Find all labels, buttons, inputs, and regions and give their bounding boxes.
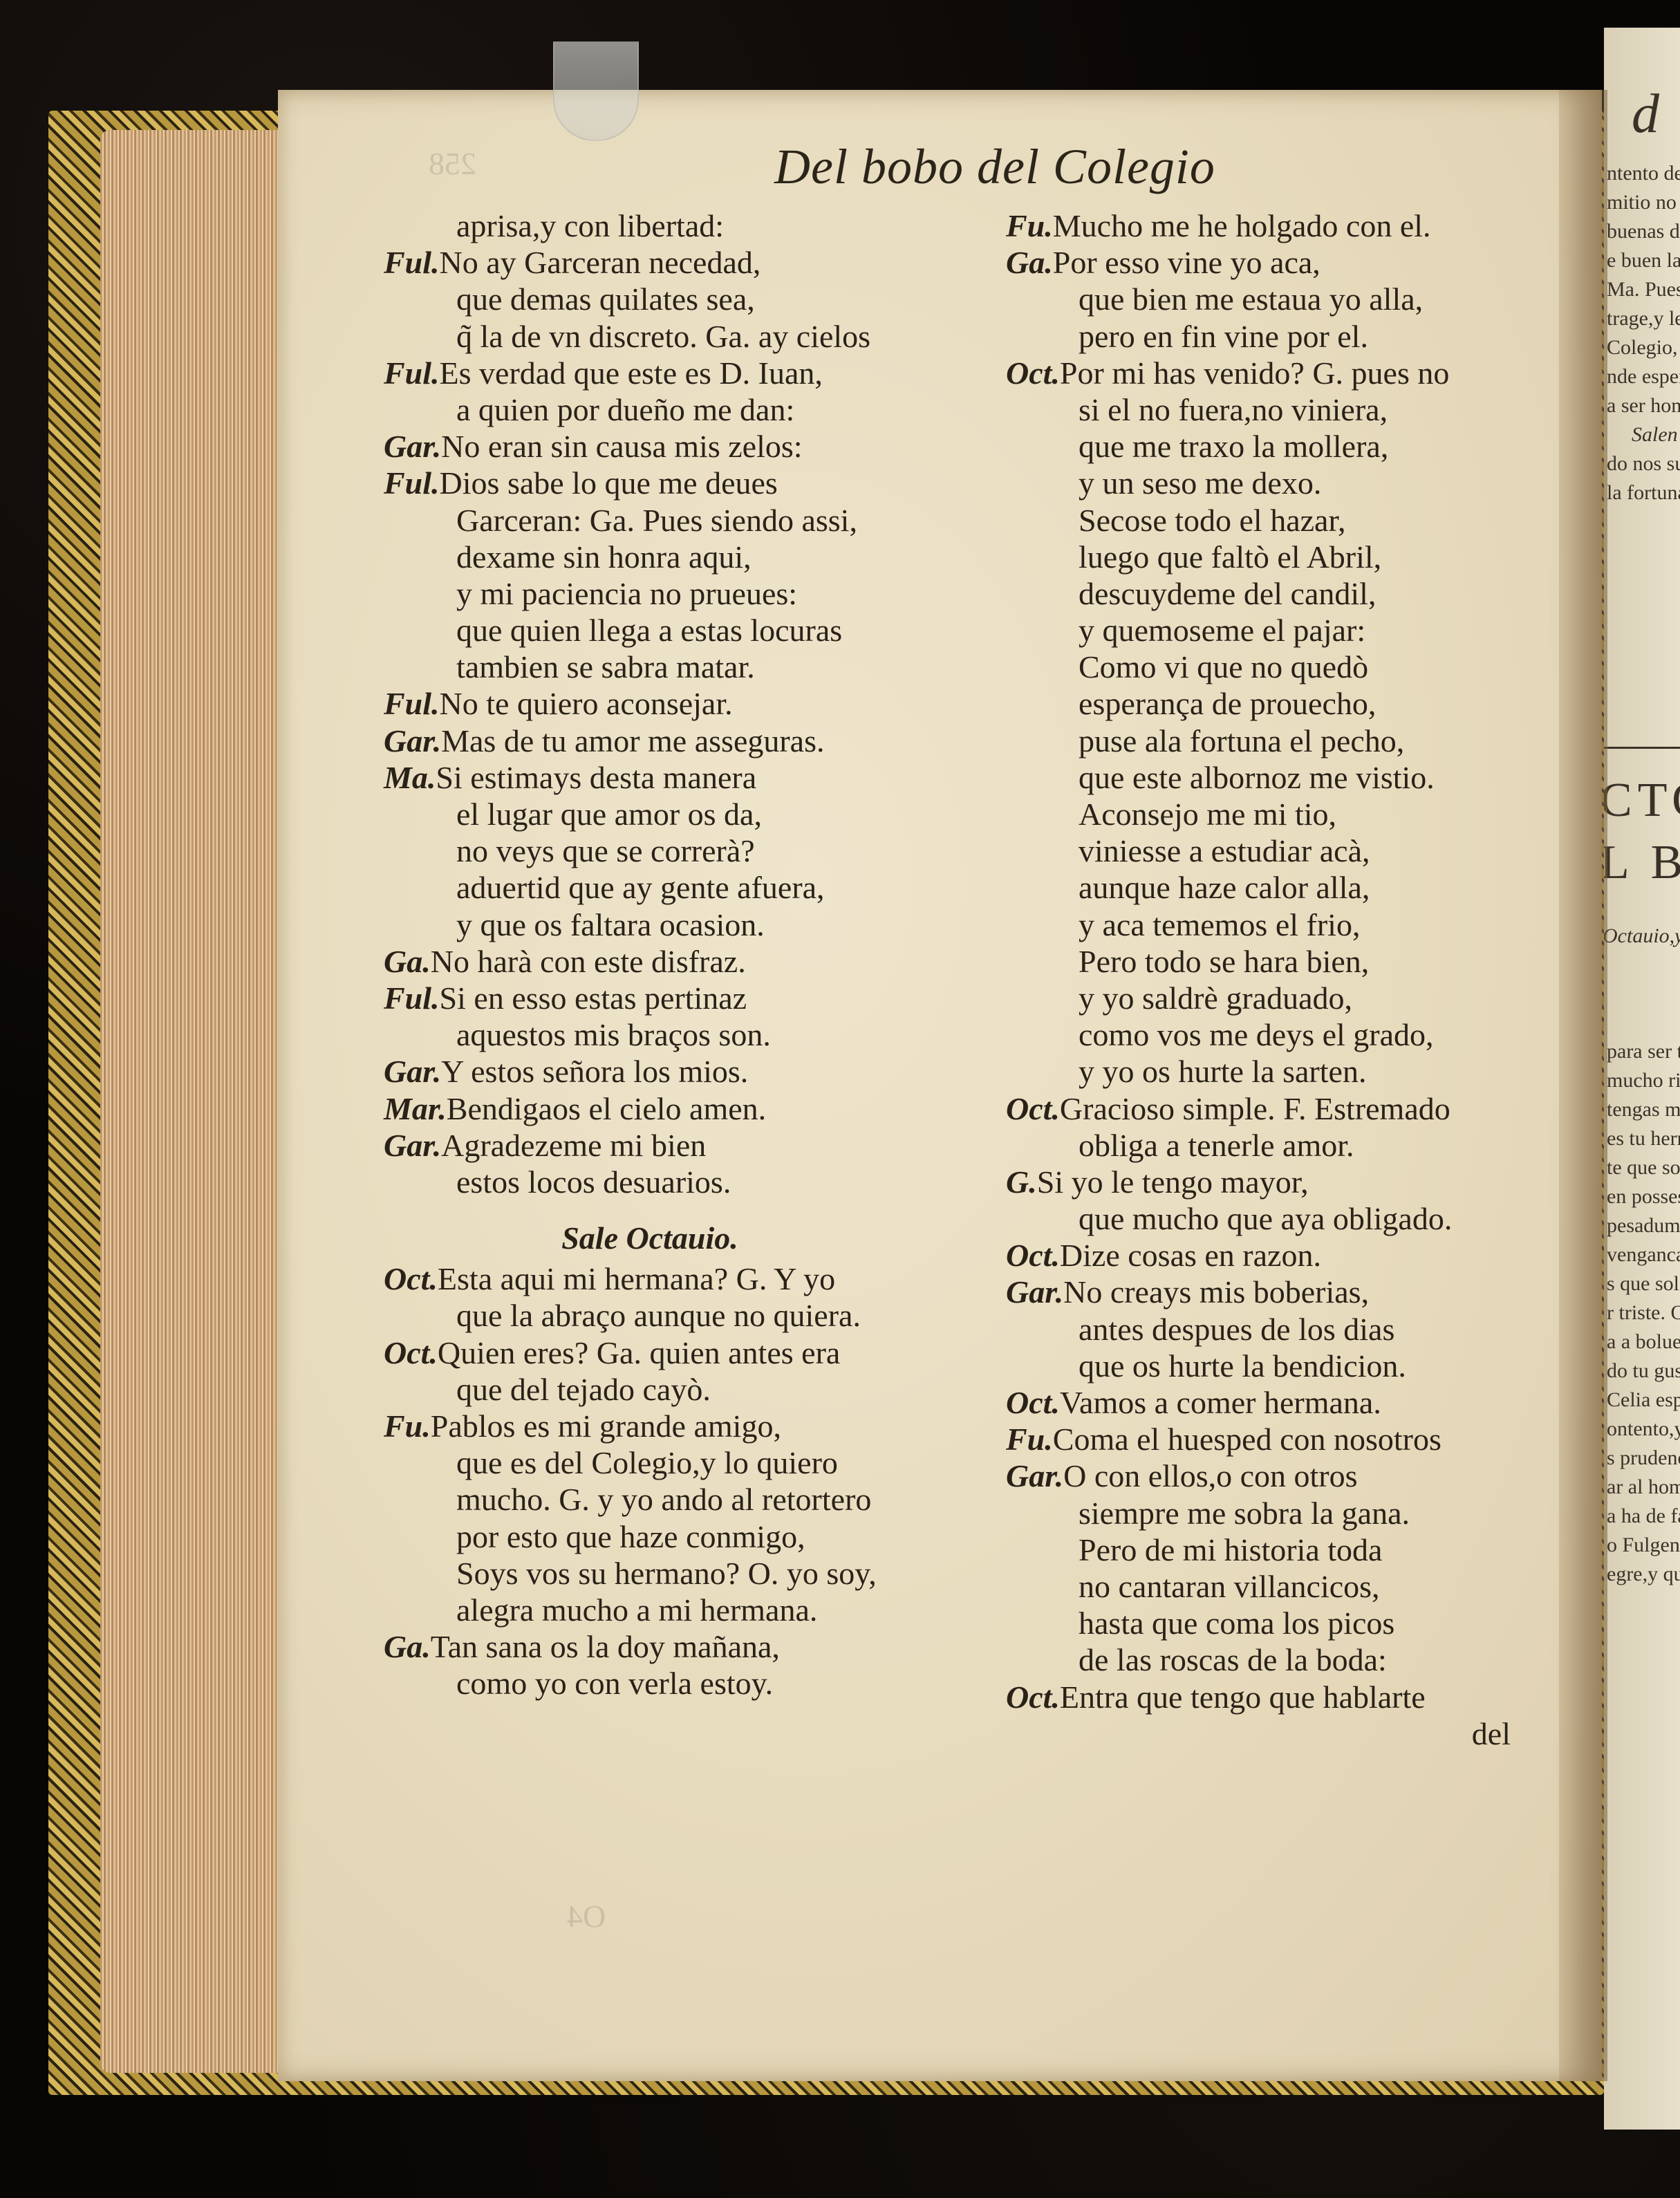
act-title-line-2: L BO <box>1604 832 1680 894</box>
verse-text: Pero de mi historia toda <box>1079 1532 1382 1567</box>
verse-line: Ga.Por esso vine yo aca, <box>1006 244 1559 281</box>
verse-text: mucho. G. y yo ando al retortero <box>456 1482 871 1517</box>
verse-line: pero en fin vine por el. <box>1006 318 1559 355</box>
facing-page-line: s prudencia <box>1604 1444 1680 1473</box>
verse-text: puse ala fortuna el pecho, <box>1079 723 1404 758</box>
right-text-column: Fu.Mucho me he holgado con el.Ga.Por ess… <box>1006 207 1559 1752</box>
verse-line: aquestos mis braços son. <box>384 1016 985 1053</box>
verse-text: Bendigaos el cielo amen. <box>447 1091 766 1126</box>
verse-text: tambien se sabra matar. <box>456 649 755 684</box>
verse-text: Pablos es mi grande amigo, <box>431 1408 781 1444</box>
verse-line: si el no fuera,no viniera, <box>1006 391 1559 428</box>
facing-page-act-title: CTO L BO Octauio,y C <box>1604 747 1680 951</box>
verse-line: y un seso me dexo. <box>1006 465 1559 501</box>
verse-text: Mas de tu amor me asseguras. <box>441 723 824 758</box>
verse-text: aunque haze calor alla, <box>1079 870 1370 905</box>
verse-line: Oct.Esta aqui mi hermana? G. Y yo <box>384 1260 985 1297</box>
facing-page-line: a ser hombre <box>1604 391 1680 420</box>
speaker-label: Ga. <box>384 944 431 979</box>
speaker-label: Oct. <box>1006 1238 1060 1273</box>
facing-page-line: buenas dich <box>1604 217 1680 246</box>
page-fore-edge <box>100 130 280 2073</box>
verse-text: alegra mucho a mi hermana. <box>456 1592 817 1628</box>
speaker-label: Ga. <box>384 1629 431 1664</box>
verse-text: Si estimays desta manera <box>436 760 756 795</box>
verse-text: que me traxo la mollera, <box>1079 429 1388 464</box>
verse-line: Oct.Entra que tengo que hablarte <box>1006 1679 1559 1715</box>
verse-text: de las roscas de la boda: <box>1079 1642 1387 1677</box>
verse-text: que es del Colegio,y lo quiero <box>456 1445 838 1480</box>
facing-page-line: venganca e <box>1604 1240 1680 1269</box>
verse-line: tambien se sabra matar. <box>384 649 985 685</box>
facing-page-line: ntento de do <box>1604 159 1680 188</box>
verse-text: estos locos desuarios. <box>456 1164 731 1200</box>
speaker-label: Oct. <box>1006 1091 1060 1126</box>
verse-line: Fu.Pablos es mi grande amigo, <box>384 1408 985 1444</box>
speaker-label: Gar. <box>384 1128 441 1163</box>
speaker-label: Gar. <box>384 723 441 758</box>
verse-line: Gar.Agradezeme mi bien <box>384 1127 985 1164</box>
facing-page-line: a a boluerm <box>1604 1328 1680 1357</box>
speaker-label: Ga. <box>1006 245 1053 280</box>
verse-line: a quien por dueño me dan: <box>384 391 985 428</box>
verse-line: hasta que coma los picos <box>1006 1605 1559 1641</box>
verse-line: Ful.Si en esso estas pertinaz <box>384 980 985 1016</box>
verse-line: como yo con verla estoy. <box>384 1665 985 1702</box>
verse-line: y yo os hurte la sarten. <box>1006 1053 1559 1090</box>
verse-text: y yo os hurte la sarten. <box>1079 1054 1366 1089</box>
verse-text: Mucho me he holgado con el. <box>1053 208 1431 243</box>
speaker-label: G. <box>1006 1164 1037 1200</box>
verse-text: que os hurte la bendicion. <box>1079 1348 1406 1384</box>
facing-page-line: do tu gusto <box>1604 1357 1680 1386</box>
verse-line: aprisa,y con libertad: <box>384 207 985 244</box>
verse-text: No ay Garceran necedad, <box>440 245 761 280</box>
verse-text: Esta aqui mi hermana? G. Y yo <box>438 1261 835 1296</box>
facing-page-line: e buen labr <box>1604 246 1680 275</box>
verse-text: por esto que haze conmigo, <box>456 1519 805 1554</box>
verse-line: Oct.Vamos a comer hermana. <box>1006 1384 1559 1421</box>
verse-line: el lugar que amor os da, <box>384 796 985 832</box>
verse-line: y quemoseme el pajar: <box>1006 612 1559 649</box>
verse-text: y que os faltara ocasion. <box>456 907 765 942</box>
facing-page-line: tengas mas <box>1604 1095 1680 1124</box>
speaker-label: Ful. <box>384 355 440 391</box>
verse-text: que quien llega a estas locuras <box>456 613 842 648</box>
verse-line: que la abraço aunque no quiera. <box>384 1297 985 1334</box>
verse-text: obliga a tenerle amor. <box>1079 1128 1354 1163</box>
verse-line: puse ala fortuna el pecho, <box>1006 723 1559 759</box>
page-holder-clip <box>553 41 639 141</box>
verse-text: Gracioso simple. F. Estremado <box>1060 1091 1450 1126</box>
facing-page-line: mucho rigo <box>1604 1066 1680 1095</box>
verse-line: Fu.Mucho me he holgado con el. <box>1006 207 1559 244</box>
verse-text: Es verdad que este es D. Iuan, <box>440 355 823 391</box>
verse-text: viniesse a estudiar acà, <box>1079 833 1370 868</box>
facing-page-line: Ma. Pues no <box>1604 275 1680 304</box>
verse-text: que este albornoz me vistio. <box>1079 760 1435 795</box>
verse-text: Si yo le tengo mayor, <box>1037 1164 1309 1200</box>
verse-text: luego que faltò el Abril, <box>1079 539 1381 575</box>
verse-line: Gar.O con ellos,o con otros <box>1006 1457 1559 1494</box>
verse-text: siempre me sobra la gana. <box>1079 1496 1410 1531</box>
stage-direction: Sale Octauio. <box>384 1220 985 1256</box>
verse-text: y mi paciencia no prueues: <box>456 576 797 611</box>
verse-line: esperança de prouecho, <box>1006 685 1559 722</box>
verse-line: siempre me sobra la gana. <box>1006 1495 1559 1531</box>
verse-line: Fu.Coma el huesped con nosotros <box>1006 1421 1559 1457</box>
verse-line: Ga.No harà con este disfraz. <box>384 943 985 980</box>
verse-text: Como vi que no quedò <box>1079 649 1368 684</box>
verse-text: Garceran: Ga. Pues siendo assi, <box>456 503 857 538</box>
verse-line: alegra mucho a mi hermana. <box>384 1592 985 1628</box>
verse-line: que bien me estaua yo alla, <box>1006 281 1559 317</box>
verse-text: y yo saldrè graduado, <box>1079 980 1352 1016</box>
verse-line: Oct.Por mi has venido? G. pues no <box>1006 355 1559 391</box>
verse-line: Aconsejo me mi tio, <box>1006 796 1559 832</box>
verse-line: que este albornoz me vistio. <box>1006 759 1559 796</box>
verse-text: q̃ la de vn discreto. Ga. ay cielos <box>456 319 870 354</box>
verse-line: aunque haze calor alla, <box>1006 869 1559 906</box>
speaker-label: Fu. <box>1006 208 1053 243</box>
speaker-label: Ful. <box>384 686 440 721</box>
facing-page-line: trage,y le assi <box>1604 304 1680 333</box>
verse-text: el lugar que amor os da, <box>456 797 762 832</box>
facing-page-line: ar al hombr <box>1604 1473 1680 1502</box>
verse-text: no cantaran villancicos, <box>1079 1569 1380 1604</box>
verse-line: dexame sin honra aqui, <box>384 539 985 575</box>
facing-page-head: d <box>1632 83 1659 146</box>
verse-line: Soys vos su hermano? O. yo soy, <box>384 1555 985 1592</box>
speaker-label: Ful. <box>384 980 440 1016</box>
speaker-label: Gar. <box>1006 1458 1063 1493</box>
verse-text: aquestos mis braços son. <box>456 1017 771 1052</box>
verse-text: Entra que tengo que hablarte <box>1060 1679 1426 1715</box>
verse-text: esperança de prouecho, <box>1079 686 1376 721</box>
verse-line: antes despues de los dias <box>1006 1311 1559 1348</box>
verse-text: que del tejado cayò. <box>456 1372 711 1407</box>
verse-line: Garceran: Ga. Pues siendo assi, <box>384 502 985 539</box>
verse-text: Secose todo el hazar, <box>1079 503 1345 538</box>
verse-text: No eran sin causa mis zelos: <box>441 429 802 464</box>
verse-text: Quien eres? Ga. quien antes era <box>438 1335 840 1370</box>
verse-text: como vos me deys el grado, <box>1079 1017 1434 1052</box>
verse-text: Vamos a comer hermana. <box>1060 1385 1381 1420</box>
verse-text: Por mi has venido? G. pues no <box>1060 355 1449 391</box>
verse-text: O con ellos,o con otros <box>1063 1458 1357 1493</box>
verse-text: Por esso vine yo aca, <box>1053 245 1320 280</box>
facing-page-line: para ser tu <box>1604 1037 1680 1066</box>
facing-page-line: Colegio, seño <box>1604 333 1680 362</box>
speaker-label: Oct. <box>1006 1385 1060 1420</box>
verse-text: aduertid que ay gente afuera, <box>456 870 825 905</box>
speaker-label: Oct. <box>1006 355 1060 391</box>
verse-text: Tan sana os la doy mañana, <box>431 1629 780 1664</box>
verse-line: Oct.Dize cosas en razon. <box>1006 1237 1559 1274</box>
act-title-line-1: CTO <box>1604 770 1680 832</box>
verse-text: No creays mis boberias, <box>1063 1274 1369 1310</box>
left-text-column: aprisa,y con libertad:Ful.No ay Garceran… <box>384 207 985 1702</box>
verse-text: Dios sabe lo que me deues <box>440 465 778 501</box>
facing-page-line: egre,y quar <box>1604 1560 1680 1589</box>
facing-page-lines-bottom: para ser tumucho rigotengas mases tu her… <box>1604 1037 1680 1589</box>
verse-line: Pero de mi historia toda <box>1006 1531 1559 1568</box>
verse-line: Ful.Dios sabe lo que me deues <box>384 465 985 501</box>
verse-line: Ga.Tan sana os la doy mañana, <box>384 1628 985 1665</box>
speaker-label: Gar. <box>384 429 441 464</box>
verse-line: que quien llega a estas locuras <box>384 612 985 649</box>
verse-line: de las roscas de la boda: <box>1006 1641 1559 1678</box>
speaker-label: Ful. <box>384 465 440 501</box>
speaker-label: Oct. <box>384 1261 438 1296</box>
verse-line: estos locos desuarios. <box>384 1164 985 1200</box>
speaker-label: Ma. <box>384 760 436 795</box>
verse-line: y yo saldrè graduado, <box>1006 980 1559 1016</box>
verse-text: que bien me estaua yo alla, <box>1079 281 1423 317</box>
speaker-label: Gar. <box>1006 1274 1063 1310</box>
verse-text: Si en esso estas pertinaz <box>440 980 747 1016</box>
verse-text: y quemoseme el pajar: <box>1079 613 1365 648</box>
verse-line: que demas quilates sea, <box>384 281 985 317</box>
verse-line: y aca tememos el frio, <box>1006 906 1559 943</box>
rule-divider <box>1604 747 1680 749</box>
facing-page-line: a ha de falta <box>1604 1502 1680 1531</box>
verse-line: Como vi que no quedò <box>1006 649 1559 685</box>
verse-line: Gar.Y estos señora los mios. <box>384 1053 985 1090</box>
verse-line: y mi paciencia no prueues: <box>384 575 985 612</box>
verse-line: aduertid que ay gente afuera, <box>384 869 985 906</box>
facing-page-line: o Fulgenc <box>1604 1531 1680 1560</box>
verse-line: como vos me deys el grado, <box>1006 1016 1559 1053</box>
verse-line: Oct.Quien eres? Ga. quien antes era <box>384 1334 985 1371</box>
show-through-signature: O4 <box>567 1898 606 1935</box>
verse-line: Ful.No ay Garceran necedad, <box>384 244 985 281</box>
verse-line: por esto que haze conmigo, <box>384 1518 985 1555</box>
facing-page-line: la fortuna te l <box>1604 478 1680 507</box>
verse-line: Ful.Es verdad que este es D. Iuan, <box>384 355 985 391</box>
verse-line: mucho. G. y yo ando al retortero <box>384 1481 985 1518</box>
speaker-label: Mar. <box>384 1091 447 1126</box>
facing-page-line: s que solo te <box>1604 1269 1680 1298</box>
verse-line: q̃ la de vn discreto. Ga. ay cielos <box>384 318 985 355</box>
verse-text: antes despues de los dias <box>1079 1312 1394 1347</box>
verse-text: y un seso me dexo. <box>1079 465 1321 501</box>
verse-text: Coma el huesped con nosotros <box>1053 1422 1441 1457</box>
page-gutter-shadow <box>1559 90 1607 2081</box>
verse-line: que es del Colegio,y lo quiero <box>384 1444 985 1481</box>
speaker-label: Fu. <box>1006 1422 1053 1457</box>
verse-text: y aca tememos el frio, <box>1079 907 1360 942</box>
verse-text: si el no fuera,no viniera, <box>1079 392 1388 427</box>
verse-line: Ful.No te quiero aconsejar. <box>384 685 985 722</box>
verse-text: hasta que coma los picos <box>1079 1605 1394 1641</box>
verse-text: No harà con este disfraz. <box>431 944 746 979</box>
verse-text: como yo con verla estoy. <box>456 1666 773 1701</box>
facing-page-line: do nos suced <box>1604 449 1680 478</box>
verse-line: Gar.Mas de tu amor me asseguras. <box>384 723 985 759</box>
facing-page-lines-top: ntento de domitio no dabuenas diche buen… <box>1604 159 1680 507</box>
verse-line: que del tejado cayò. <box>384 1371 985 1408</box>
facing-page-line: mitio no da <box>1604 188 1680 217</box>
facing-page-line: Celia esp <box>1604 1386 1680 1415</box>
show-through-page-number: 258 <box>429 145 476 182</box>
facing-page-line: pesadumbre t <box>1604 1211 1680 1240</box>
verse-line: Mar.Bendigaos el cielo amen. <box>384 1090 985 1127</box>
facing-page-line: en possessio <box>1604 1182 1680 1211</box>
verse-line: Oct.Gracioso simple. F. Estremado <box>1006 1090 1559 1127</box>
facing-page-line: ontento,y p <box>1604 1415 1680 1444</box>
verse-line: viniesse a estudiar acà, <box>1006 832 1559 869</box>
verse-text: aprisa,y con libertad: <box>456 208 724 243</box>
verse-text: No te quiero aconsejar. <box>440 686 733 721</box>
verse-text: que mucho que aya obligado. <box>1079 1201 1452 1236</box>
facing-page-line: es tu herm <box>1604 1124 1680 1153</box>
speaker-label: Gar. <box>384 1054 441 1089</box>
verse-text: que demas quilates sea, <box>456 281 755 317</box>
verse-text: no veys que se correrà? <box>456 833 755 868</box>
verse-line: y que os faltara ocasion. <box>384 906 985 943</box>
facing-page-line: te que soy n <box>1604 1153 1680 1182</box>
speaker-label: Oct. <box>1006 1679 1060 1715</box>
verse-line: Gar.No creays mis boberias, <box>1006 1274 1559 1310</box>
verse-line: Ma.Si estimays desta manera <box>384 759 985 796</box>
verse-line: descuydeme del candil, <box>1006 575 1559 612</box>
facing-page-fragment: d ntento de domitio no dabuenas diche bu… <box>1604 28 1680 2130</box>
verse-text: Agradezeme mi bien <box>441 1128 706 1163</box>
verse-text: dexame sin honra aqui, <box>456 539 752 575</box>
verse-text: descuydeme del candil, <box>1079 576 1376 611</box>
facing-page-line: r triste. Oct <box>1604 1298 1680 1328</box>
verse-line: obliga a tenerle amor. <box>1006 1127 1559 1164</box>
verse-text: que la abraço aunque no quiera. <box>456 1298 861 1333</box>
verse-line: Pero todo se hara bien, <box>1006 943 1559 980</box>
speaker-label: Fu. <box>384 1408 431 1444</box>
act-stage-direction: Octauio,y C <box>1604 922 1680 951</box>
running-head: Del bobo del Colegio <box>774 138 1215 196</box>
verse-line: luego que faltò el Abril, <box>1006 539 1559 575</box>
verse-line: Secose todo el hazar, <box>1006 502 1559 539</box>
verse-line: que mucho que aya obligado. <box>1006 1200 1559 1237</box>
verse-text: Dize cosas en razon. <box>1060 1238 1321 1273</box>
verse-text: Y estos señora los mios. <box>441 1054 748 1089</box>
facing-page-line: nde espero q <box>1604 362 1680 391</box>
verse-line: que os hurte la bendicion. <box>1006 1348 1559 1384</box>
facing-page-stage: Salen los <box>1604 420 1680 449</box>
speaker-label: Ful. <box>384 245 440 280</box>
verse-text: Aconsejo me mi tio, <box>1079 797 1336 832</box>
verse-text: a quien por dueño me dan: <box>456 392 794 427</box>
verse-text: pero en fin vine por el. <box>1079 319 1368 354</box>
verse-line: Gar.No eran sin causa mis zelos: <box>384 428 985 465</box>
verse-text: Pero todo se hara bien, <box>1079 944 1369 979</box>
speaker-label: Oct. <box>384 1335 438 1370</box>
verse-text: Soys vos su hermano? O. yo soy, <box>456 1556 877 1591</box>
verse-line: no cantaran villancicos, <box>1006 1568 1559 1605</box>
verse-line: G.Si yo le tengo mayor, <box>1006 1164 1559 1200</box>
verse-line: que me traxo la mollera, <box>1006 428 1559 465</box>
verse-line: no veys que se correrà? <box>384 832 985 869</box>
catchword: del <box>1006 1715 1559 1752</box>
